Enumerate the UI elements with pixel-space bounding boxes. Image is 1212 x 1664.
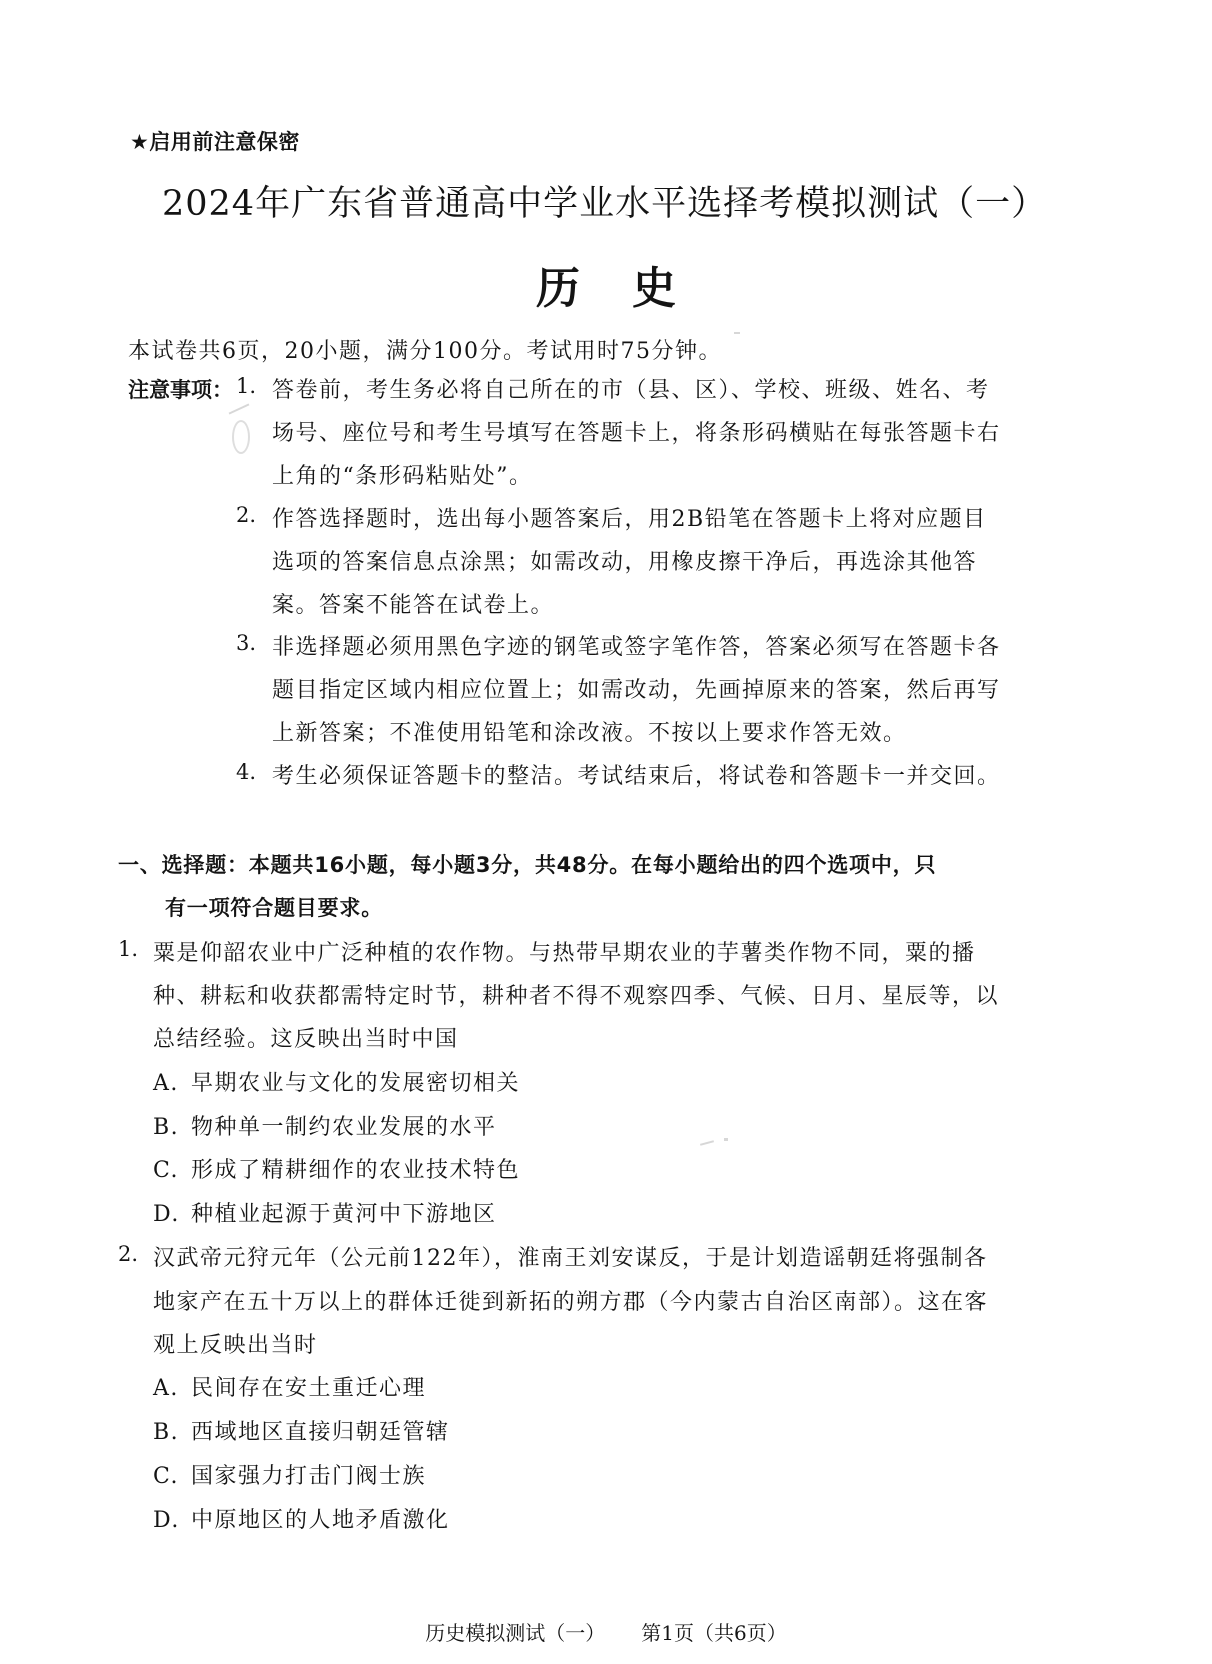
scan-artifact xyxy=(229,403,250,414)
option-letter: B. xyxy=(153,1115,191,1140)
exam-intro: 本试卷共6页，20小题，满分100分。考试用时75分钟。 xyxy=(128,334,722,365)
footer-doc-name: 历史模拟测试（一） xyxy=(425,1621,605,1645)
section-heading: 一、选择题：本题共16小题，每小题3分，共48分。在每小题给出的四个选项中，只 xyxy=(118,849,936,879)
notice-line: 考生必须保证答题卡的整洁。考试结束后，将试卷和答题卡一并交回。 xyxy=(272,759,1001,790)
notices-label: 注意事项： xyxy=(128,374,233,404)
option-text: 形成了精耕细作的农业技术特色 xyxy=(191,1158,520,1183)
question-stem-line: 粟是仰韶农业中广泛种植的农作物。与热带早期农业的芋薯类作物不同，粟的播 xyxy=(153,936,976,967)
option-text: 西域地区直接归朝廷管辖 xyxy=(191,1420,450,1445)
footer-page-info: 第1页（共6页） xyxy=(641,1621,786,1645)
option-text: 种植业起源于黄河中下游地区 xyxy=(191,1202,497,1227)
question-number: 1. xyxy=(118,937,138,961)
question-stem-line: 汉武帝元狩元年（公元前122年），淮南王刘安谋反，于是计划造谣朝廷将强制各 xyxy=(153,1241,988,1272)
option-letter: C. xyxy=(153,1158,191,1183)
option-a[interactable]: A.早期农业与文化的发展密切相关 xyxy=(153,1066,520,1097)
option-b[interactable]: B.物种单一制约农业发展的水平 xyxy=(153,1110,497,1141)
notice-line: 上角的“条形码粘贴处”。 xyxy=(272,459,533,490)
confidential-notice: ★启用前注意保密 xyxy=(130,126,300,156)
notice-line: 作答选择题时，选出每小题答案后，用2B铅笔在答题卡上将对应题目 xyxy=(272,502,987,533)
option-text: 中原地区的人地矛盾激化 xyxy=(191,1508,450,1533)
option-a[interactable]: A.民间存在安土重迁心理 xyxy=(153,1371,426,1402)
option-letter: A. xyxy=(153,1376,191,1401)
question-number: 2. xyxy=(118,1242,138,1266)
notice-number: 2. xyxy=(236,503,256,527)
notice-line: 非选择题必须用黑色字迹的钢笔或签字笔作答，答案必须写在答题卡各 xyxy=(272,630,1001,661)
option-text: 国家强力打击门阀士族 xyxy=(191,1464,426,1489)
notice-line: 场号、座位号和考生号填写在答题卡上，将条形码横贴在每张答题卡右 xyxy=(272,416,1001,447)
notice-line: 上新答案；不准使用铅笔和涂改液。不按以上要求作答无效。 xyxy=(272,716,907,747)
option-text: 早期农业与文化的发展密切相关 xyxy=(191,1071,520,1096)
subject-char-2: 史 xyxy=(632,263,676,314)
section-heading: 有一项符合题目要求。 xyxy=(165,892,383,922)
option-d[interactable]: D.种植业起源于黄河中下游地区 xyxy=(153,1197,497,1228)
option-letter: D. xyxy=(153,1508,191,1533)
notice-line: 答卷前，考生务必将自己所在的市（县、区）、学校、班级、姓名、考 xyxy=(272,373,990,404)
notice-line: 题目指定区域内相应位置上；如需改动，先画掉原来的答案，然后再写 xyxy=(272,673,1001,704)
option-b[interactable]: B.西域地区直接归朝廷管辖 xyxy=(153,1415,450,1446)
notice-line: 案。答案不能答在试卷上。 xyxy=(272,588,554,619)
exam-title: 2024年广东省普通高中学业水平选择考模拟测试（一） xyxy=(162,176,1047,226)
option-letter: D. xyxy=(153,1202,191,1227)
notice-line: 选项的答案信息点涂黑；如需改动，用橡皮擦干净后，再选涂其他答 xyxy=(272,545,977,576)
question-stem-line: 总结经验。这反映出当时中国 xyxy=(153,1022,459,1053)
option-c[interactable]: C.国家强力打击门阀士族 xyxy=(153,1459,426,1490)
subject-title: 历史 xyxy=(0,252,1212,316)
notice-number: 4. xyxy=(236,760,256,784)
scan-artifact xyxy=(700,1140,714,1146)
question-stem-line: 观上反映出当时 xyxy=(153,1328,318,1359)
option-text: 物种单一制约农业发展的水平 xyxy=(191,1115,497,1140)
option-text: 民间存在安土重迁心理 xyxy=(191,1376,426,1401)
option-d[interactable]: D.中原地区的人地矛盾激化 xyxy=(153,1503,450,1534)
page-footer: 历史模拟测试（一）第1页（共6页） xyxy=(0,1617,1212,1646)
option-letter: A. xyxy=(153,1071,191,1096)
option-letter: C. xyxy=(153,1464,191,1489)
scan-artifact xyxy=(232,420,250,454)
notice-number: 1. xyxy=(236,374,256,398)
scan-artifact xyxy=(724,1138,728,1141)
question-stem-line: 地家产在五十万以上的群体迁徙到新拓的朔方郡（今内蒙古自治区南部）。这在客 xyxy=(153,1285,988,1316)
question-stem-line: 种、耕耘和收获都需特定时节，耕种者不得不观察四季、气候、日月、星辰等，以 xyxy=(153,979,999,1010)
option-c[interactable]: C.形成了精耕细作的农业技术特色 xyxy=(153,1153,520,1184)
option-letter: B. xyxy=(153,1420,191,1445)
exam-page: ★启用前注意保密 2024年广东省普通高中学业水平选择考模拟测试（一） 历史 本… xyxy=(0,0,1212,1664)
notice-number: 3. xyxy=(236,631,256,655)
subject-char-1: 历 xyxy=(536,263,580,314)
scan-artifact xyxy=(734,332,740,334)
